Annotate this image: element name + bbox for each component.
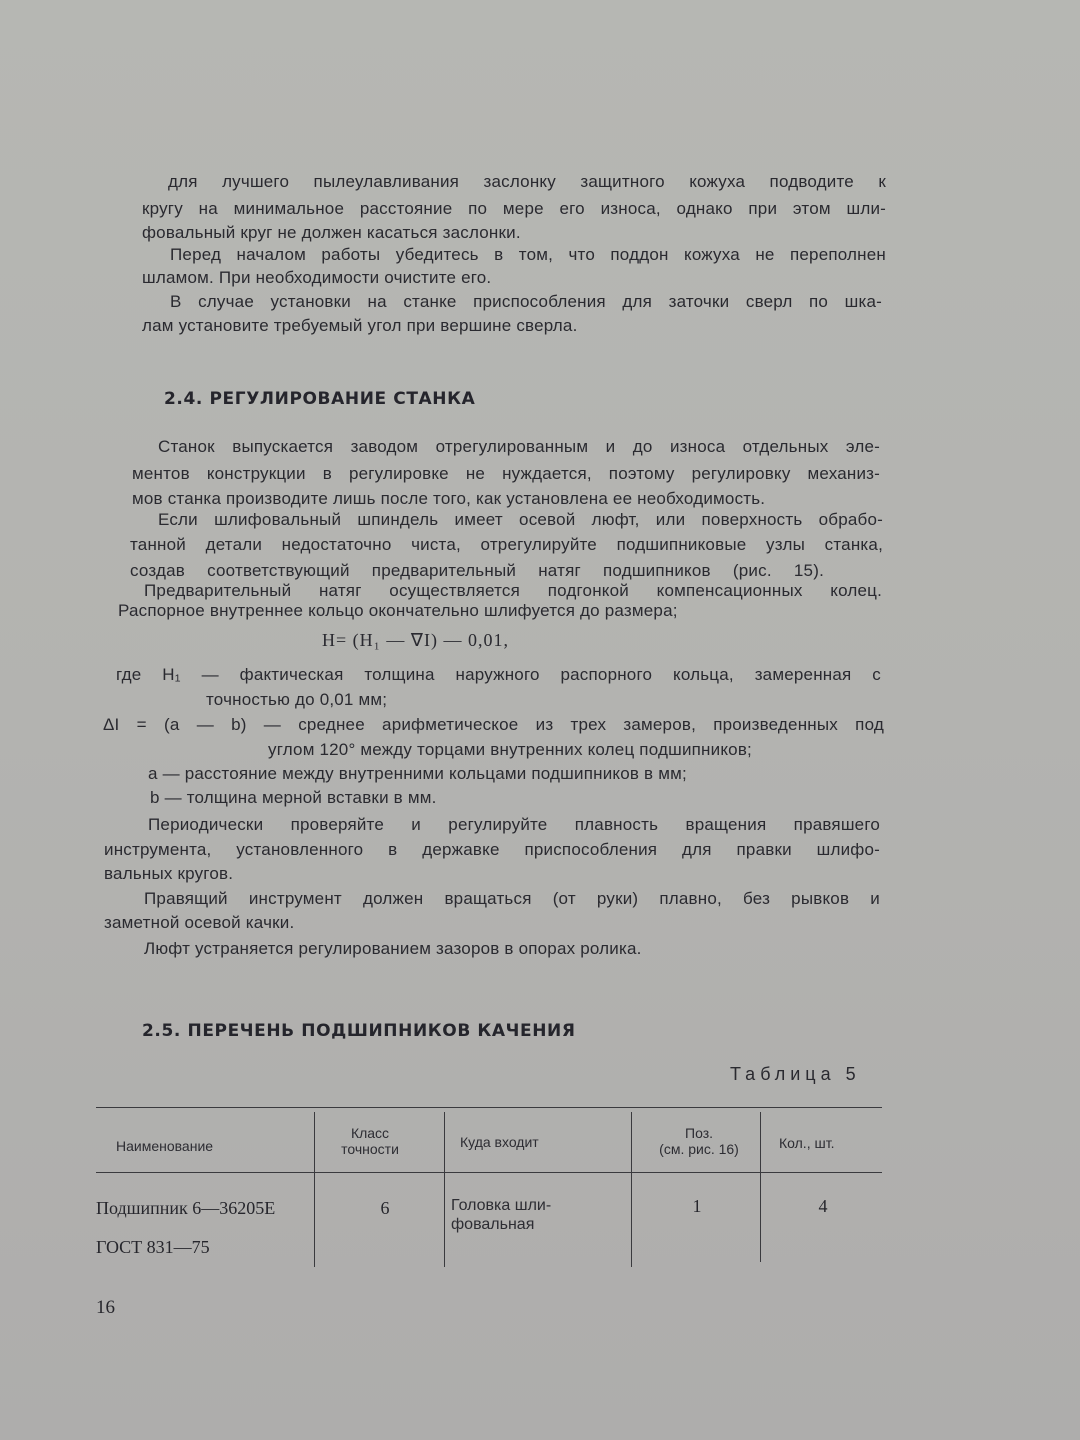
text-line: создав соответствующий предварительный н… — [130, 561, 824, 581]
cell-name-standard: ГОСТ 831—75 — [96, 1237, 210, 1257]
section-heading-2-5: 2.5. ПЕРЕЧЕНЬ ПОДШИПНИКОВ КАЧЕНИЯ — [142, 1021, 576, 1041]
text-line: шламом. При необходимости очистите его. — [142, 268, 491, 288]
text-line: Распорное внутреннее кольцо окончательно… — [118, 601, 678, 621]
formula: H= (H₁ — ∇I) — 0,01, — [322, 630, 509, 651]
text-line: Перед началом работы убедитесь в том, чт… — [170, 245, 886, 265]
cell-where-used: фовальная — [451, 1215, 534, 1234]
text-line: b — толщина мерной вставки в мм. — [150, 788, 437, 808]
text-line: заметной осевой качки. — [104, 913, 294, 933]
text-line: Периодически проверяйте и регулируйте пл… — [148, 815, 880, 835]
text-line: танной детали недостаточно чиста, отрегу… — [130, 535, 883, 555]
cell-accuracy-class: 6 — [370, 1198, 400, 1218]
text-line: лам установите требуемый угол при вершин… — [142, 316, 578, 336]
text-line: где H₁ — фактическая толщина наружного р… — [116, 665, 881, 685]
header-quantity: Кол., шт. — [779, 1135, 834, 1151]
cell-where-used: Головка шли- — [451, 1196, 551, 1215]
section-heading-2-4: 2.4. РЕГУЛИРОВАНИЕ СТАНКА — [164, 389, 475, 409]
text-line: ΔI = (a — b) — среднее арифметическое из… — [103, 715, 884, 735]
cell-position: 1 — [682, 1196, 712, 1216]
column-divider — [760, 1112, 761, 1262]
text-line: В случае установки на станке приспособле… — [170, 292, 882, 312]
column-divider — [444, 1112, 445, 1267]
text-line: фовальный круг не должен касаться заслон… — [142, 223, 521, 243]
text-line: Предварительный натяг осуществляется под… — [144, 581, 882, 601]
text-line: точностью до 0,01 мм; — [206, 690, 387, 710]
text-line: ментов конструкции в регулировке не нужд… — [132, 464, 880, 484]
column-divider — [314, 1112, 315, 1267]
page-number: 16 — [96, 1298, 115, 1318]
text-line: углом 120° между торцами внутренних коле… — [268, 740, 752, 760]
header-position: Поз. (см. рис. 16) — [644, 1125, 754, 1157]
text-line: мов станка производите лишь после того, … — [132, 489, 765, 509]
text-line: инструмента, установленного в державке п… — [104, 840, 880, 860]
header-accuracy-class: Класс точности — [330, 1125, 410, 1157]
text-line: Станок выпускается заводом отрегулирован… — [158, 437, 880, 457]
column-divider — [631, 1112, 632, 1267]
text-line: Если шлифовальный шпиндель имеет осевой … — [158, 510, 883, 530]
text-line: кругу на минимальное расстояние по мере … — [142, 199, 886, 219]
table-header-rule — [96, 1172, 882, 1173]
header-name: Наименование — [116, 1138, 213, 1154]
cell-name: Подшипник 6—36205E — [96, 1198, 275, 1218]
text-line: Люфт устраняется регулированием зазоров … — [144, 939, 642, 959]
table-top-rule — [96, 1107, 882, 1108]
table-caption: Таблица 5 — [730, 1064, 861, 1085]
header-where-used: Куда входит — [460, 1134, 539, 1150]
text-line: для лучшего пылеулавливания заслонку защ… — [168, 172, 886, 192]
cell-quantity: 4 — [808, 1196, 838, 1216]
text-line: Правящий инструмент должен вращаться (от… — [144, 889, 880, 909]
text-line: вальных кругов. — [104, 864, 233, 884]
text-line: a — расстояние между внутренними кольцам… — [148, 764, 687, 784]
